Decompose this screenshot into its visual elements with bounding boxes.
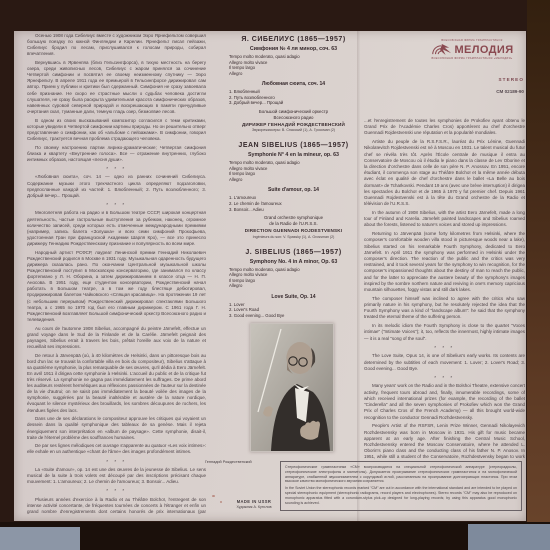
liner-paragraph-fr: De par ses lignes mélodiques cet ouvrage… [27, 443, 206, 455]
paper-stain [220, 501, 222, 503]
liner-paragraph-fr: La «Suite d'amour», op. 14 est une des œ… [27, 467, 206, 485]
suite-title-en: Love Suite, Op. 14 [229, 294, 358, 300]
movement-item: 3. Good evening... Good Bye [229, 313, 358, 319]
tempo-item: Allegro [229, 177, 358, 183]
liner-paragraph-ru: Вернувшись в Ярвенпяа (близ Гельсингфорс… [27, 60, 206, 115]
section-separator: * * * [27, 459, 206, 464]
liner-paragraph-en: The Love Suite, Opus 14, is one of Sibel… [364, 353, 525, 372]
movement-list-en: 1. Lover 2. Lover's Road 3. Good evening… [229, 302, 358, 319]
section-separator: * * * [27, 202, 206, 207]
liner-notes-right-column: ...et l'enregistrement de toutes les sym… [364, 118, 525, 459]
album-back-cover: Осенью 1908 года Сибелиус вместе с худож… [14, 31, 526, 521]
liner-paragraph-fr: Artiste du peuple de la R.S.F.S.R., laur… [364, 139, 525, 207]
tracklist-english: J. SIBELIUS (1865—1957) Symphony No. 4 i… [229, 249, 358, 322]
conductor-photo [250, 323, 334, 452]
symphony-title-en: Symphony No. 4 in A minor, Op. 63 [229, 259, 358, 265]
composer-name-en: J. SIBELIUS (1865—1957) [229, 249, 358, 256]
stereo-notice-ru: Стереофонические грампластинки «СМ» восп… [285, 465, 517, 484]
logo-main-row: МЕЛОДИЯ [419, 43, 525, 56]
tempo-list: Tempo molto moderato, quasi adagio Alleg… [229, 160, 358, 182]
composer-name-fr: JEAN SIBELIUS (1865—1957) [229, 142, 358, 149]
engineer-credit-ru: Звукорежиссеры: В. Спасский (1), А. Грос… [229, 128, 358, 132]
suite-title-fr: Suite d'amour, op. 14 [229, 187, 358, 193]
orchestra-name-fr: Grand orchestre symphonique de la Radio … [229, 215, 358, 226]
liner-paragraph-en: Returning to Järvenpää (some forty kilom… [364, 231, 525, 293]
symphony-title-fr: Symphonie N° 4 en la mineur, op. 63 [229, 152, 358, 158]
section-separator: * * * [27, 166, 206, 171]
liner-paragraph-fr: De retour à Järvenpää (où, à 40 kilomètr… [27, 353, 206, 414]
logo-wordmark: МЕЛОДИЯ [454, 44, 513, 56]
orchestra-line: de la Radio de l'U.R.S.S. [229, 221, 358, 227]
liner-paragraph-en: People's Artist of the RSFSR, Lenin Priz… [364, 423, 525, 459]
tempo-list: Tempo molto moderato, quasi adagio Alleg… [229, 267, 358, 289]
melodiya-logo: ВСЕСОЮЗНАЯ ФИРМА ГРАМПЛАСТИНОК МЕЛОДИЯ В… [419, 39, 525, 60]
liner-paragraph-ru: В одном из своих высказываний композитор… [27, 118, 206, 142]
catalog-number: СМ 02189-90 [446, 89, 524, 94]
surface-patch-bottom-left [0, 527, 80, 550]
stereo-notice-box: Стереофонические грампластинки «СМ» восп… [280, 461, 522, 511]
tempo-item: Allegro [229, 283, 358, 289]
surface-patch-bottom-right [468, 524, 550, 550]
liner-paragraph-ru: Народный артист РСФСР, лауреат Ленинской… [27, 250, 206, 323]
paper-stain [212, 495, 215, 497]
conductor-credit-fr: DIRECTION GUENNADI ROJDESTVENSKI [229, 228, 358, 233]
composer-name-ru: Я. СИБЕЛИУС (1865—1957) [229, 36, 358, 43]
orchestra-line: Всесоюзного радио [229, 115, 358, 121]
liner-paragraph-fr: Dans une de ses déclarations le composit… [27, 416, 206, 440]
liner-notes-left-column: Осенью 1908 года Сибелиус вместе с худож… [27, 33, 206, 515]
logo-top-text: ВСЕСОЮЗНАЯ ФИРМА ГРАМПЛАСТИНОК [419, 39, 525, 42]
tracklist-column: Я. СИБЕЛИУС (1865—1957) Симфония № 4 ля … [229, 36, 358, 322]
liner-paragraph-en: The composer himself was inclined to agr… [364, 296, 525, 321]
movement-item: 3. Добрый вечер... Прощай [229, 100, 358, 106]
tracklist-russian: Я. СИБЕЛИУС (1865—1957) Симфония № 4 ля … [229, 36, 358, 132]
tracklist-french: JEAN SIBELIUS (1865—1957) Symphonie N° 4… [229, 142, 358, 238]
tempo-item: Allegro [229, 71, 358, 77]
orchestra-name-ru: Большой симфонический оркестр Всесоюзног… [229, 109, 358, 120]
liner-paragraph-ru: По своему настроению партии лирико-драма… [27, 145, 206, 163]
liner-paragraph-ru: Осенью 1908 года Сибелиус вместе с худож… [27, 33, 206, 57]
conductor-credit-ru: ДИРИЖЕР ГЕННАДИЙ РОЖДЕСТВЕНСКИЙ [229, 122, 358, 127]
engineer-credit-fr: Ingénieurs du son: V. Spassky (1), A. Gr… [229, 235, 358, 239]
liner-paragraph-ru: Многолетняя работа на радио и в Большом … [27, 210, 206, 247]
tempo-list: Tempo molto moderato, quasi adagio Alleg… [229, 54, 358, 76]
photo-caption: Геннадий Рождественский [205, 460, 252, 464]
liner-paragraph-fr: Au cours de l'automne 1908 Sibelius, acc… [27, 326, 206, 350]
movement-item: 3. Bonsoir... Adieu [229, 207, 358, 213]
liner-paragraph-fr: Plusieurs années d'exercice à la Radio e… [27, 497, 206, 515]
stereo-label: STEREO [454, 77, 524, 82]
conductor-photo-image [251, 324, 333, 451]
background-right-strip [527, 0, 550, 550]
liner-paragraph-en: Many years' work on the Radio and in the… [364, 383, 525, 420]
section-separator: * * * [364, 375, 525, 380]
liner-paragraph-en: In the autumn of 1908 Sibelius, with the… [364, 210, 525, 229]
liner-paragraph-ru: «Любовная сюита», соч. 14 — одно из ранн… [27, 174, 206, 198]
movement-list-ru: 1. Влюбленный 2. Путь возлюбленного 3. Д… [229, 89, 358, 106]
symphony-title-ru: Симфония № 4 ля минор, соч. 63 [229, 46, 358, 52]
section-separator: * * * [364, 345, 525, 350]
logo-bottom-text: ВСЕСОЮЗНАЯ ФИРМА ГРАМПЛАСТИНОК «МЕЛОДИЯ» [419, 57, 525, 60]
melodiya-emblem-icon [430, 43, 452, 56]
movement-list-fr: 1. L'amoureux 2. Le chemin de l'amoureux… [229, 195, 358, 212]
liner-paragraph-en: In its melodic idiom the Fourth Symphony… [364, 323, 525, 342]
suite-title-ru: Любовная сюита, соч. 14 [229, 81, 358, 87]
liner-paragraph-fr: ...et l'enregistrement de toutes les sym… [364, 118, 525, 137]
section-separator: * * * [27, 488, 206, 493]
stereo-notice-en: In the Soviet Union the stereophonic rec… [285, 486, 517, 505]
